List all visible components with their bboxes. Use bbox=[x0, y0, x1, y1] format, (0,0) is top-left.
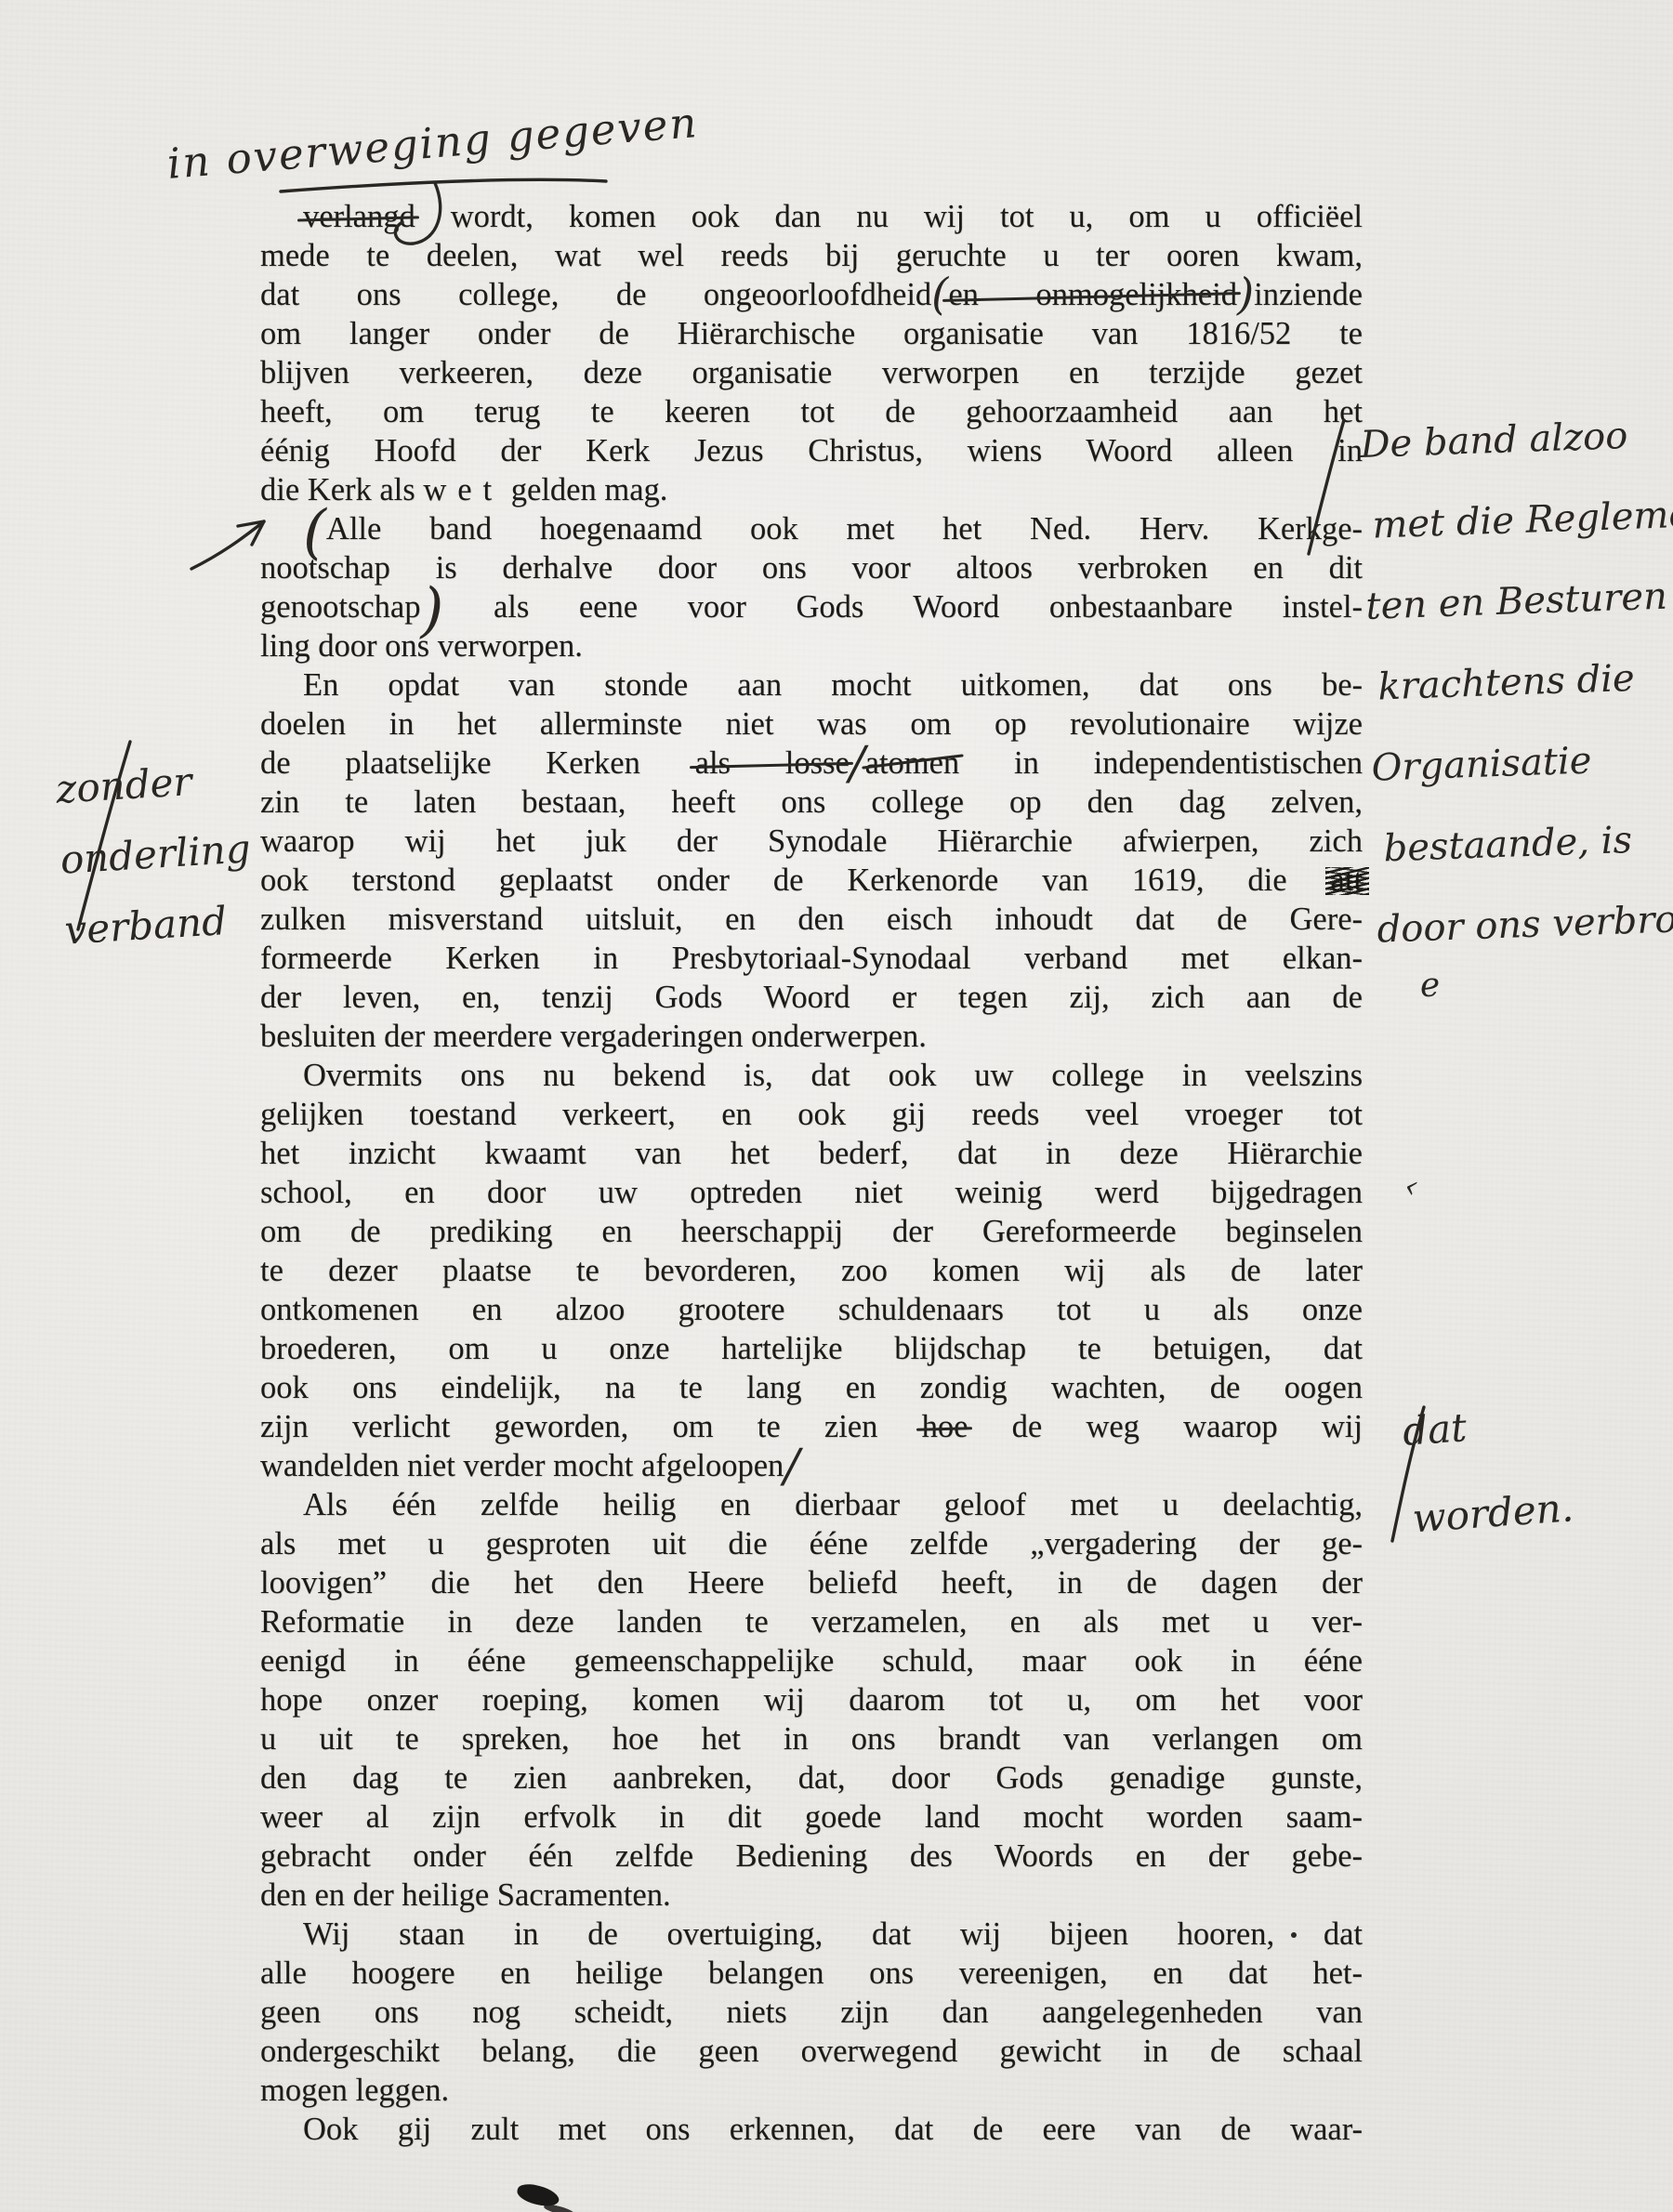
handwriting-line: bestaande, is bbox=[1382, 797, 1673, 889]
handwriting-line: krachtens die bbox=[1377, 635, 1673, 728]
printed-text-line: hope onzer roeping, komen wij daarom tot… bbox=[260, 1680, 1363, 1719]
text-run: formeerde Kerken in Presbytoriaal-Synoda… bbox=[260, 941, 1363, 976]
text-run: doelen in het allerminste niet was om op… bbox=[260, 706, 1363, 742]
printed-text-line: dat ons college, de ongeoorloofdheid(en … bbox=[260, 275, 1363, 314]
text-run: weer al zijn erfvolk in dit goede land m… bbox=[260, 1799, 1363, 1835]
printed-text-line: heeft, om terug te keeren tot de gehoorz… bbox=[260, 392, 1363, 431]
handwriting-line: De band alzoo bbox=[1359, 392, 1673, 486]
text-run: die Kerk als bbox=[260, 472, 423, 507]
handwriting-line: onderling bbox=[59, 813, 253, 895]
handwriting-line: Organisatie bbox=[1370, 716, 1673, 810]
handwriting-line: verband bbox=[62, 884, 257, 966]
text-run: broederen, om u onze hartelijke blijdsch… bbox=[260, 1331, 1363, 1366]
text-run: ling door ons verworpen. bbox=[260, 628, 583, 664]
text-run-sp: wet bbox=[423, 472, 503, 507]
text-run: dat ons college, de ongeoorloofdheid bbox=[260, 277, 931, 312]
printed-text-line: Overmits ons nu bekend is, dat ook uw co… bbox=[260, 1056, 1363, 1095]
text-run: mede te deelen, wat wel reeds bij geruch… bbox=[260, 238, 1363, 273]
text-run: heeft, om terug te keeren tot de gehoorz… bbox=[260, 394, 1363, 429]
text-run: blijven verkeeren, deze organisatie verw… bbox=[260, 355, 1363, 390]
text-run: de plaatselijke Kerken bbox=[260, 745, 695, 781]
text-run: te dezer plaatse te bevorderen, zoo kome… bbox=[260, 1253, 1363, 1288]
text-run: waarop wij het juk der Synodale Hiërarch… bbox=[260, 823, 1363, 859]
printed-text-line: der leven, en, tenzij Gods Woord er tege… bbox=[260, 978, 1363, 1017]
text-run: zulken misverstand uitsluit, en den eisc… bbox=[260, 902, 1363, 937]
text-run: eenigd in ééne gemeenschappelijke schuld… bbox=[260, 1643, 1363, 1679]
printed-text-line: formeerde Kerken in Presbytoriaal-Synoda… bbox=[260, 939, 1363, 978]
printed-text-line: éénig Hoofd der Kerk Jezus Christus, wie… bbox=[260, 431, 1363, 470]
text-run: Reformatie in deze landen te verzamelen,… bbox=[260, 1604, 1363, 1639]
printed-text-line: ook terstond geplaatst onder de Kerkenor… bbox=[260, 861, 1363, 900]
insertion-arrow-shaft bbox=[191, 521, 264, 569]
printed-text-line: om de prediking en heerschappij der Gere… bbox=[260, 1212, 1363, 1251]
text-run: u uit te spreken, hoe het in ons brandt … bbox=[260, 1721, 1363, 1757]
printed-text-line: school, en door uw optreden niet weinig … bbox=[260, 1173, 1363, 1212]
text-run: gelijken toestand verkeert, en ook gij r… bbox=[260, 1097, 1363, 1132]
printed-text-line: gebracht onder één zelfde Bediening des … bbox=[260, 1837, 1363, 1876]
text-run: der leven, en, tenzij Gods Woord er tege… bbox=[260, 980, 1363, 1015]
handwritten-note-left-margin: zonderonderlingverband bbox=[54, 743, 257, 966]
printed-text-line: ondergeschikt belang, die geen overwegen… bbox=[260, 2032, 1363, 2071]
printed-text-line: om langer onder de Hiërarchische organis… bbox=[260, 314, 1363, 353]
printed-text-line: den en der heilige Sacramenten. bbox=[260, 1876, 1363, 1915]
text-run: om de prediking en heerschappij der Gere… bbox=[260, 1214, 1363, 1249]
text-run: als eene voor Gods Woord onbestaanbare i… bbox=[443, 589, 1363, 625]
text-run: geen ons nog scheidt, niets zijn dan aan… bbox=[260, 1995, 1363, 2030]
text-run: wandelden niet verder mocht afgeloopen bbox=[260, 1448, 784, 1483]
handwritten-note-right-margin: De band alzoomet die Reglementen en Best… bbox=[1359, 392, 1673, 1027]
text-run: om langer onder de Hiërarchische organis… bbox=[260, 316, 1363, 351]
handwritten-note-bottom-right: datworden. bbox=[1400, 1377, 1576, 1563]
printed-text-line: zijn verlicht geworden, om te zien hoe d… bbox=[260, 1407, 1363, 1446]
text-run: alle hoogere en heilige belangen ons ver… bbox=[260, 1955, 1363, 1991]
text-run: Wij staan in de overtuiging, dat wij bij… bbox=[303, 1916, 1363, 1952]
text-run: besluiten der meerdere vergaderingen ond… bbox=[260, 1019, 927, 1054]
text-run-hp: ( bbox=[931, 270, 948, 320]
printed-text-line: Als één zelfde heilig en dierbaar geloof… bbox=[260, 1485, 1363, 1524]
printed-text-line: gelijken toestand verkeert, en ook gij r… bbox=[260, 1095, 1363, 1134]
printed-text-line: geen ons nog scheidt, niets zijn dan aan… bbox=[260, 1993, 1363, 2032]
printed-text-line: broederen, om u onze hartelijke blijdsch… bbox=[260, 1329, 1363, 1368]
printed-text-line: Reformatie in deze landen te verzamelen,… bbox=[260, 1602, 1363, 1641]
text-run: zin te laten bestaan, heeft ons college … bbox=[260, 784, 1363, 820]
text-run: den en der heilige Sacramenten. bbox=[260, 1877, 671, 1913]
text-run: gelden mag. bbox=[503, 472, 667, 507]
printed-text-line: En opdat van stonde aan mocht uitkomen, … bbox=[260, 665, 1363, 704]
text-run: wordt, komen ook dan nu wij tot u, om u … bbox=[415, 199, 1363, 234]
text-run: in independentistischen bbox=[959, 745, 1363, 781]
underline-flourish bbox=[281, 179, 606, 191]
text-run: éénig Hoofd der Kerk Jezus Christus, wie… bbox=[260, 433, 1363, 468]
handwritten-tick-mark: ‹ bbox=[1402, 1167, 1422, 1206]
ink-blob bbox=[515, 2181, 560, 2210]
text-run-striked: atomen bbox=[865, 745, 960, 781]
text-run: het inzicht kwaamt van het bederf, dat i… bbox=[260, 1136, 1363, 1171]
text-run: Ook gij zult met ons erkennen, dat de ee… bbox=[303, 2112, 1363, 2147]
printed-text-line: weer al zijn erfvolk in dit goede land m… bbox=[260, 1797, 1363, 1837]
text-run: ook terstond geplaatst onder de Kerkenor… bbox=[260, 862, 1331, 898]
text-run: ontkomenen en alzoo grootere schuldenaar… bbox=[260, 1292, 1363, 1327]
text-run-strike: en onmogelijkheid bbox=[948, 277, 1237, 312]
handwritten-note-top: in overweging gegeven bbox=[165, 98, 700, 189]
printed-text-line: verlangd wordt, komen ook dan nu wij tot… bbox=[260, 197, 1363, 236]
text-run: mogen leggen. bbox=[260, 2073, 449, 2108]
text-run-scrib: att bbox=[1331, 862, 1363, 898]
printed-text-line: loovigen” die het den Heere beliefd heef… bbox=[260, 1563, 1363, 1602]
printed-text-line: besluiten der meerdere vergaderingen ond… bbox=[260, 1017, 1363, 1056]
printed-text-line: die Kerk als wet gelden mag. bbox=[260, 470, 1363, 509]
text-run-strike: hoe bbox=[922, 1409, 968, 1444]
text-run: den dag te zien aanbreken, dat, door God… bbox=[260, 1760, 1363, 1796]
text-run: Als één zelfde heilig en dierbaar geloof… bbox=[303, 1487, 1363, 1522]
printed-text-line: ook ons eindelijk, na te lang en zondig … bbox=[260, 1368, 1363, 1407]
text-run: Alle band hoegenaamd ook met het Ned. He… bbox=[326, 511, 1363, 546]
text-run: inziende bbox=[1254, 277, 1363, 312]
text-run: hope onzer roeping, komen wij daarom tot… bbox=[260, 1682, 1363, 1718]
printed-text-line: als met u gesproten uit die ééne zelfde … bbox=[260, 1524, 1363, 1563]
handwriting-line: met die Reglemen bbox=[1371, 473, 1673, 566]
printed-text-line: zin te laten bestaan, heeft ons college … bbox=[260, 783, 1363, 822]
text-run: gebracht onder één zelfde Bediening des … bbox=[260, 1838, 1363, 1874]
printed-text-line: (Alle band hoegenaamd ook met het Ned. H… bbox=[260, 509, 1363, 548]
printed-text-block: verlangd wordt, komen ook dan nu wij tot… bbox=[260, 197, 1363, 2149]
text-run: school, en door uw optreden niet weinig … bbox=[260, 1175, 1363, 1210]
printed-text-line: den dag te zien aanbreken, dat, door God… bbox=[260, 1758, 1363, 1797]
printed-text-line: mede te deelen, wat wel reeds bij geruch… bbox=[260, 236, 1363, 275]
printed-text-line: waarop wij het juk der Synodale Hiërarch… bbox=[260, 822, 1363, 861]
printed-text-line: Wij staan in de overtuiging, dat wij bij… bbox=[260, 1915, 1363, 1954]
printed-text-line: Ook gij zult met ons erkennen, dat de ee… bbox=[260, 2110, 1363, 2149]
text-run: ondergeschikt belang, die geen overwegen… bbox=[260, 2034, 1363, 2069]
printed-text-line: de plaatselijke Kerken als losse/atomen … bbox=[260, 744, 1363, 783]
printed-text-line: blijven verkeeren, deze organisatie verw… bbox=[260, 353, 1363, 392]
printed-text-line: wandelden niet verder mocht afgeloopen/ bbox=[260, 1446, 1363, 1485]
printed-text-line: alle hoogere en heilige belangen ons ver… bbox=[260, 1954, 1363, 1993]
handwriting-line: dat bbox=[1400, 1377, 1571, 1476]
printed-text-line: eenigd in ééne gemeenschappelijke schuld… bbox=[260, 1641, 1363, 1680]
handwriting-line: worden. bbox=[1410, 1464, 1577, 1562]
text-run: loovigen” die het den Heere beliefd heef… bbox=[260, 1565, 1363, 1600]
text-run: als met u gesproten uit die ééne zelfde … bbox=[260, 1526, 1363, 1561]
handwriting-line: ten en Besturen bbox=[1364, 554, 1673, 648]
printed-text-line: genootschap) als eene voor Gods Woord on… bbox=[260, 587, 1363, 626]
text-run-strike: als losse bbox=[695, 745, 850, 781]
printed-text-line: zulken misverstand uitsluit, en den eisc… bbox=[260, 900, 1363, 939]
printed-text-line: doelen in het allerminste niet was om op… bbox=[260, 704, 1363, 744]
handwriting-line: zonder bbox=[54, 743, 248, 824]
text-run: de weg waarop wij bbox=[968, 1409, 1363, 1444]
scanned-document-page: verlangd wordt, komen ook dan nu wij tot… bbox=[0, 0, 1673, 2212]
text-run: zijn verlicht geworden, om te zien bbox=[260, 1409, 922, 1444]
text-run: Overmits ons nu bekend is, dat ook uw co… bbox=[303, 1058, 1363, 1093]
printed-text-line: te dezer plaatse te bevorderen, zoo kome… bbox=[260, 1251, 1363, 1290]
text-run: ook ons eindelijk, na te lang en zondig … bbox=[260, 1370, 1363, 1405]
text-run-strike: verlangd bbox=[303, 199, 415, 234]
text-run: genootschap bbox=[260, 589, 420, 625]
printed-text-line: het inzicht kwaamt van het bederf, dat i… bbox=[260, 1134, 1363, 1173]
printed-text-line: u uit te spreken, hoe het in ons brandt … bbox=[260, 1719, 1363, 1758]
printed-text-line: mogen leggen. bbox=[260, 2071, 1363, 2110]
text-run: En opdat van stonde aan mocht uitkomen, … bbox=[303, 667, 1363, 703]
printed-text-line: ontkomenen en alzoo grootere schuldenaar… bbox=[260, 1290, 1363, 1329]
printed-text-line: ling door ons verworpen. bbox=[260, 626, 1363, 665]
